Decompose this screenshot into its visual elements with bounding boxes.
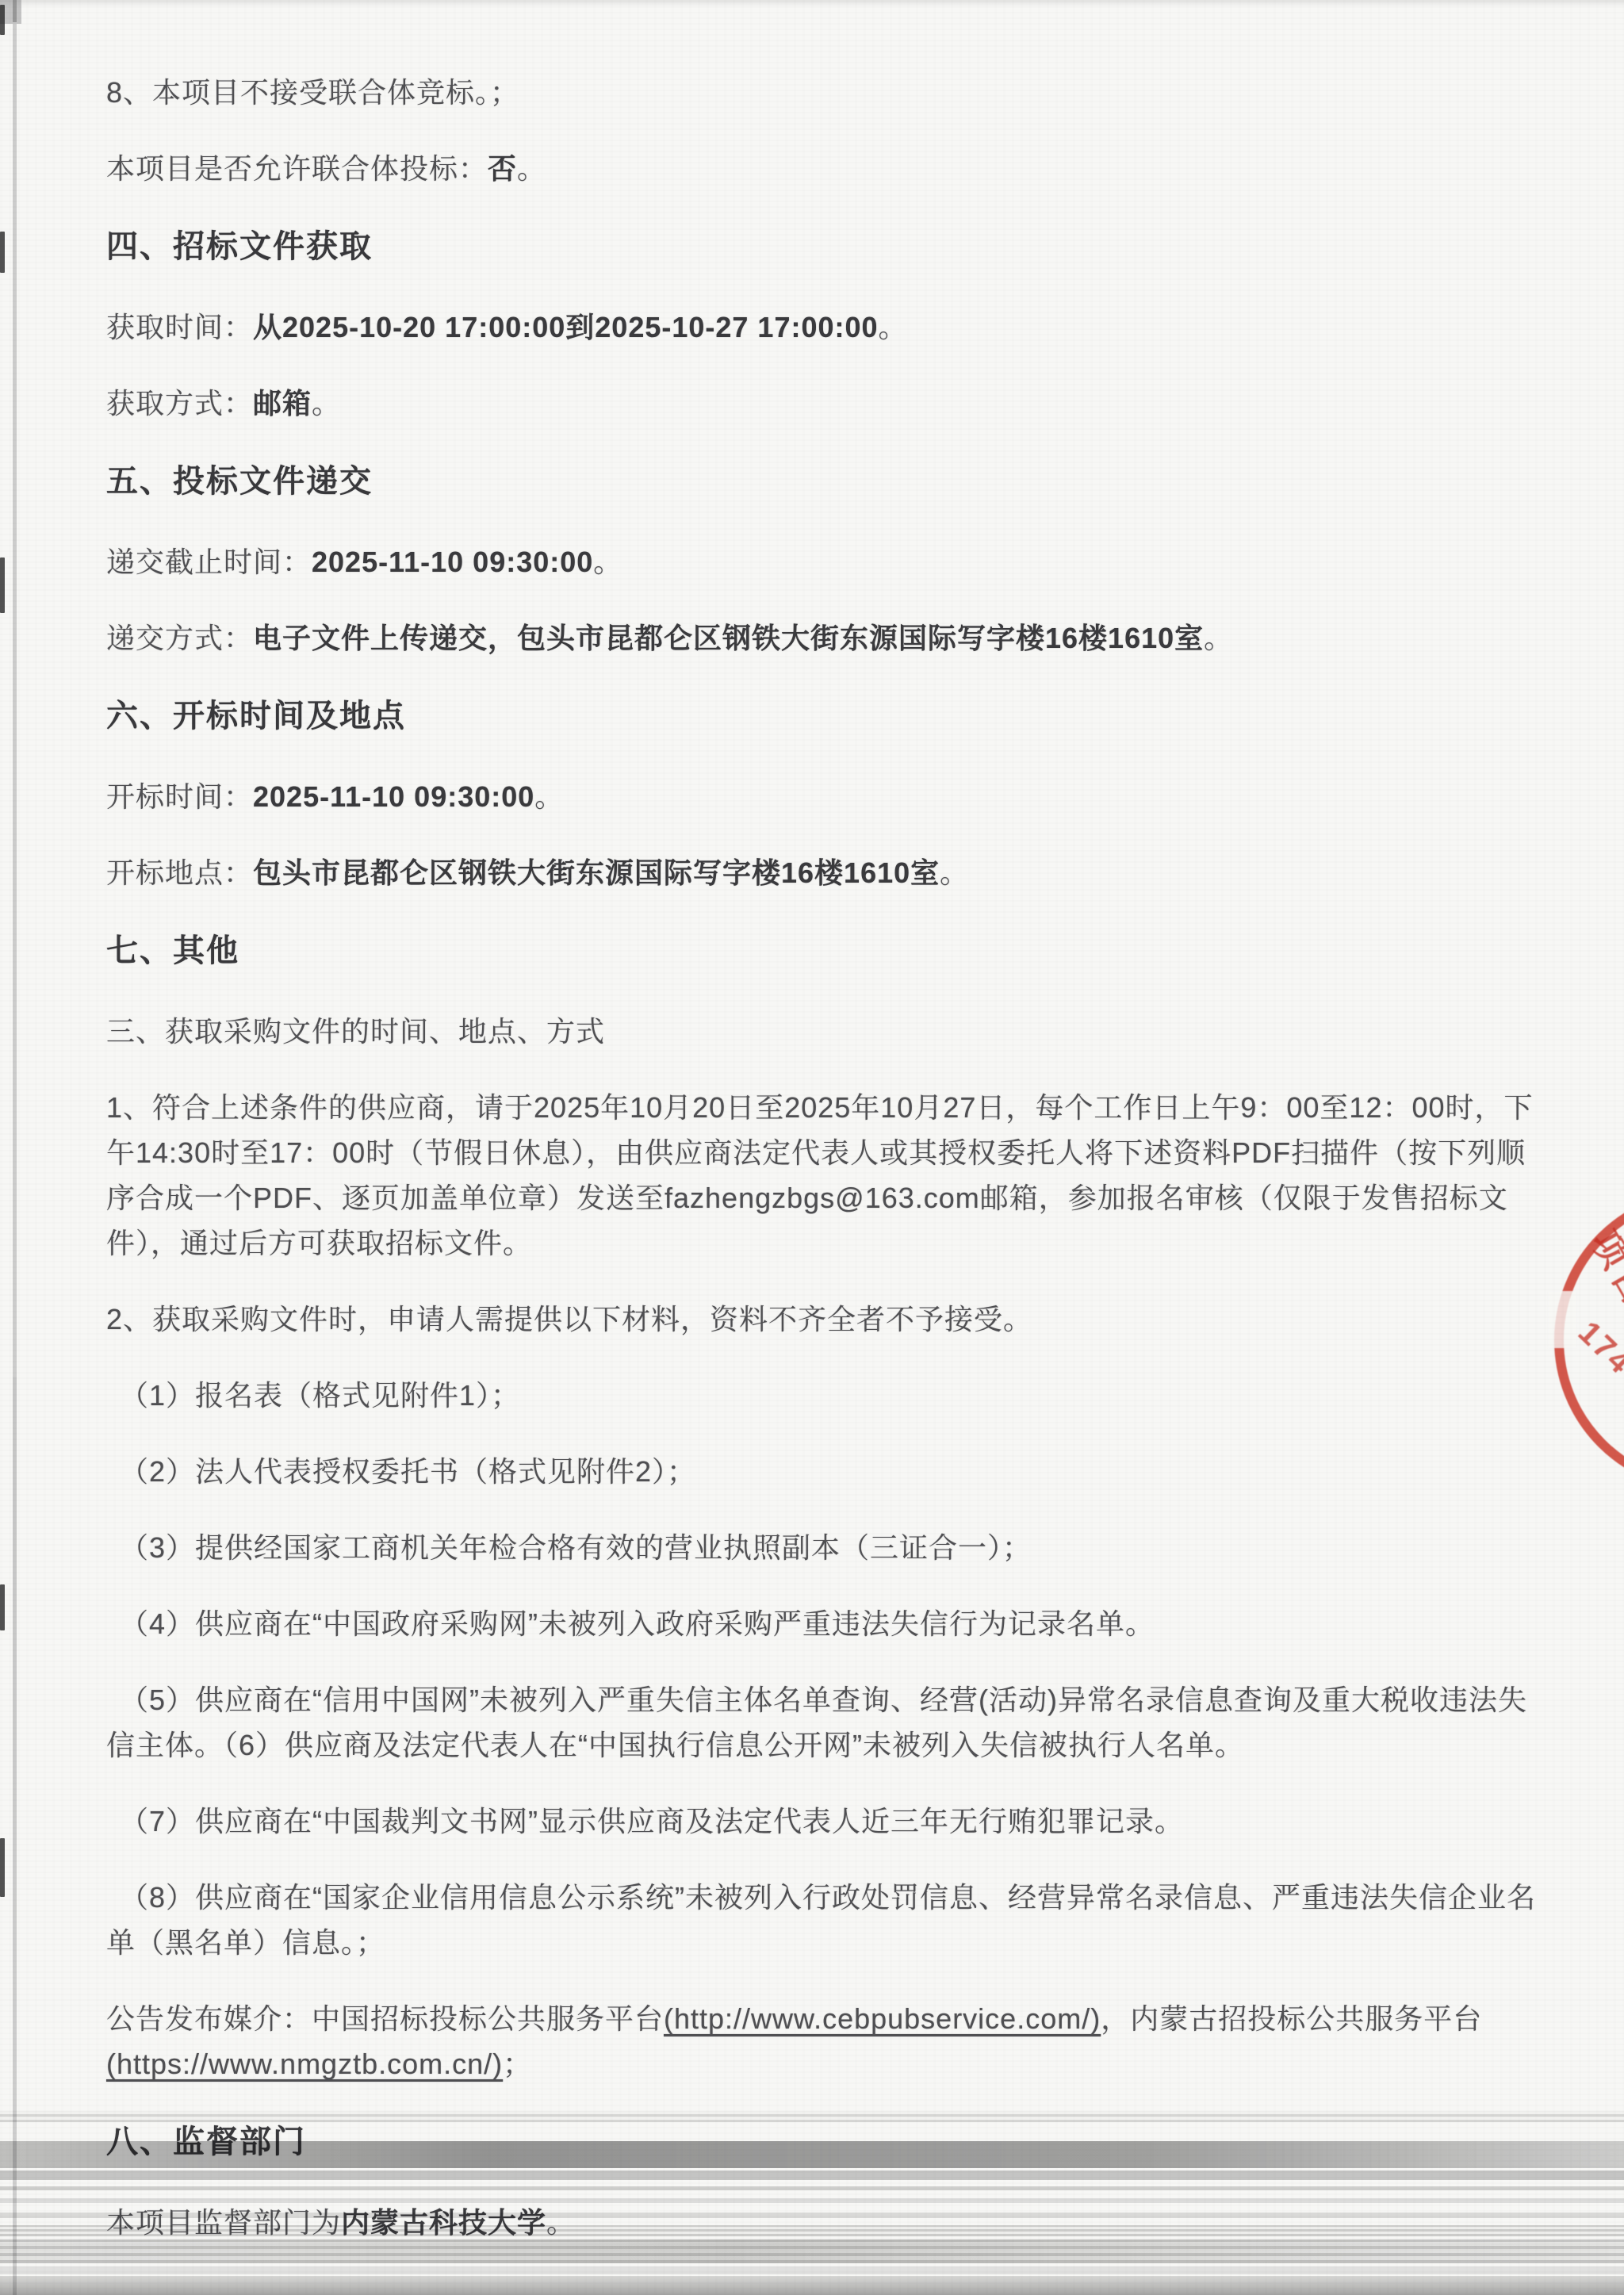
text-segment: 获取时间：	[106, 311, 253, 343]
paragraph: （1）报名表（格式见附件1）；	[106, 1373, 1549, 1418]
paragraph: 1、符合上述条件的供应商，请于2025年10月20日至2025年10月27日，每…	[106, 1085, 1549, 1266]
paragraph: （3）提供经国家工商机关年检合格有效的营业执照副本（三证合一）；	[106, 1525, 1549, 1570]
paragraph: 开标地点：包头市昆都仑区钢铁大街东源国际写字楼16楼1610室。	[106, 850, 1549, 895]
text-segment: 电子文件上传递交，包头市昆都仑区钢铁大街东源国际写字楼16楼1610室	[253, 622, 1204, 654]
text-segment: 。	[593, 546, 622, 578]
text-segment: 递交方式：	[106, 622, 253, 654]
paragraph: 三、获取采购文件的时间、地点、方式	[106, 1009, 1549, 1054]
text-segment: 。	[940, 856, 969, 889]
paragraph: 本项目是否允许联合体投标：否。	[106, 146, 1549, 191]
text-segment: 开标地点：	[106, 856, 253, 889]
paragraph: （5）供应商在“信用中国网”未被列入严重失信主体名单查询、经营(活动)异常名录信…	[106, 1677, 1549, 1768]
text-segment: 公告发布媒介：中国招标投标公共服务平台	[106, 2002, 664, 2035]
text-segment: 六、开标时间及地点	[106, 699, 406, 734]
scan-streak-band	[0, 2266, 1624, 2274]
paragraph: 2、获取采购文件时，申请人需提供以下材料，资料不齐全者不予接受。	[106, 1297, 1549, 1342]
text-segment: 1、符合上述条件的供应商，请于2025年10月20日至2025年10月27日，每…	[106, 1091, 1534, 1259]
text-segment: 8、本项目不接受联合体竞标。；	[106, 76, 519, 109]
text-segment: 开标时间：	[106, 780, 253, 813]
text-segment: 本项目监督部门为	[106, 2206, 341, 2239]
text-segment: 包头市昆都仑区钢铁大街东源国际写字楼16楼1610室	[253, 856, 940, 889]
text-segment: （1）报名表（格式见附件1）；	[120, 1379, 520, 1412]
paragraph: 获取方式：邮箱。	[106, 381, 1549, 426]
text-segment: 。	[517, 152, 546, 185]
paragraph: 递交截止时间：2025-11-10 09:30:00。	[106, 539, 1549, 584]
scanned-document-page: 8、本项目不接受联合体竞标。；本项目是否允许联合体投标：否。四、招标文件获取获取…	[0, 0, 1624, 2295]
paragraph: 开标时间：2025-11-10 09:30:00。	[106, 774, 1549, 819]
text-segment: （7）供应商在“中国裁判文书网”显示供应商及法定代表人近三年无行贿犯罪记录。	[120, 1805, 1184, 1837]
text-segment: 2、获取采购文件时，申请人需提供以下材料，资料不齐全者不予接受。	[106, 1303, 1032, 1335]
red-seal-stamp: 项目 174	[1554, 1190, 1624, 1491]
paragraph: 本项目监督部门为内蒙古科技大学。	[106, 2200, 1549, 2245]
text-segment: 五、投标文件递交	[106, 464, 373, 499]
text-segment: 邮箱	[253, 387, 312, 420]
text-segment: 。	[312, 387, 341, 420]
text-segment: （5）供应商在“信用中国网”未被列入严重失信主体名单查询、经营(活动)异常名录信…	[106, 1684, 1527, 1761]
text-segment: 。	[534, 780, 564, 813]
text-segment: 八、监督部门	[106, 2125, 306, 2159]
paragraph: （2）法人代表授权委托书（格式见附件2）；	[106, 1449, 1549, 1494]
text-segment: （4）供应商在“中国政府采购网”未被列入政府采购严重违法失信行为记录名单。	[120, 1607, 1155, 1640]
text-segment: 三、获取采购文件的时间、地点、方式	[106, 1015, 605, 1048]
text-segment: 从2025-10-20 17:00:00到2025-10-27 17:00:00	[253, 311, 879, 343]
text-segment: （2）法人代表授权委托书（格式见附件2）；	[120, 1455, 696, 1488]
paragraph: 公告发布媒介：中国招标投标公共服务平台(http://www.cebpubser…	[106, 1996, 1549, 2086]
section-heading: 七、其他	[106, 926, 1549, 975]
text-segment: 获取方式：	[106, 387, 253, 420]
section-heading: 四、招标文件获取	[106, 222, 1549, 271]
text-segment: 2025-11-10 09:30:00	[312, 546, 593, 578]
text-segment: （8）供应商在“国家企业信用信息公示系统”未被列入行政处罚信息、经营异常名录信息…	[106, 1881, 1536, 1959]
scan-streak-band	[0, 2276, 1624, 2295]
text-segment: 七、其他	[106, 933, 239, 968]
text-segment: 否	[488, 152, 517, 185]
section-heading: 五、投标文件递交	[106, 457, 1549, 506]
text-segment: 本项目是否允许联合体投标：	[106, 152, 488, 185]
paragraph: 8、本项目不接受联合体竞标。；	[106, 70, 1549, 115]
text-segment: 。	[1204, 622, 1233, 654]
text-segment: 递交截止时间：	[106, 546, 312, 578]
paragraph: 递交方式：电子文件上传递交，包头市昆都仑区钢铁大街东源国际写字楼16楼1610室…	[106, 615, 1549, 661]
paragraph: （4）供应商在“中国政府采购网”未被列入政府采购严重违法失信行为记录名单。	[106, 1601, 1549, 1646]
text-segment: 四、招标文件获取	[106, 229, 373, 264]
text-segment: 。	[879, 311, 908, 343]
text-segment: 2025-11-10 09:30:00	[253, 780, 534, 813]
section-heading: 六、开标时间及地点	[106, 692, 1549, 741]
text-segment: ，内蒙古招投标公共服务平台	[1101, 2002, 1482, 2035]
text-segment: 。	[546, 2206, 576, 2239]
url-text: (http://www.cebpubservice.com/)	[664, 2002, 1101, 2035]
paragraph: （7）供应商在“中国裁判文书网”显示供应商及法定代表人近三年无行贿犯罪记录。	[106, 1799, 1549, 1844]
paragraph: （8）供应商在“国家企业信用信息公示系统”未被列入行政处罚信息、经营异常名录信息…	[106, 1875, 1549, 1965]
url-text: (https://www.nmgztb.com.cn/)	[106, 2048, 503, 2080]
document-content: 8、本项目不接受联合体竞标。；本项目是否允许联合体投标：否。四、招标文件获取获取…	[0, 0, 1624, 2245]
text-segment: （3）提供经国家工商机关年检合格有效的营业执照副本（三证合一）；	[120, 1531, 1032, 1564]
paragraph: 获取时间：从2025-10-20 17:00:00到2025-10-27 17:…	[106, 305, 1549, 350]
text-segment: 内蒙古科技大学	[341, 2206, 546, 2239]
text-segment: ；	[503, 2048, 532, 2080]
section-heading: 八、监督部门	[106, 2117, 1549, 2167]
